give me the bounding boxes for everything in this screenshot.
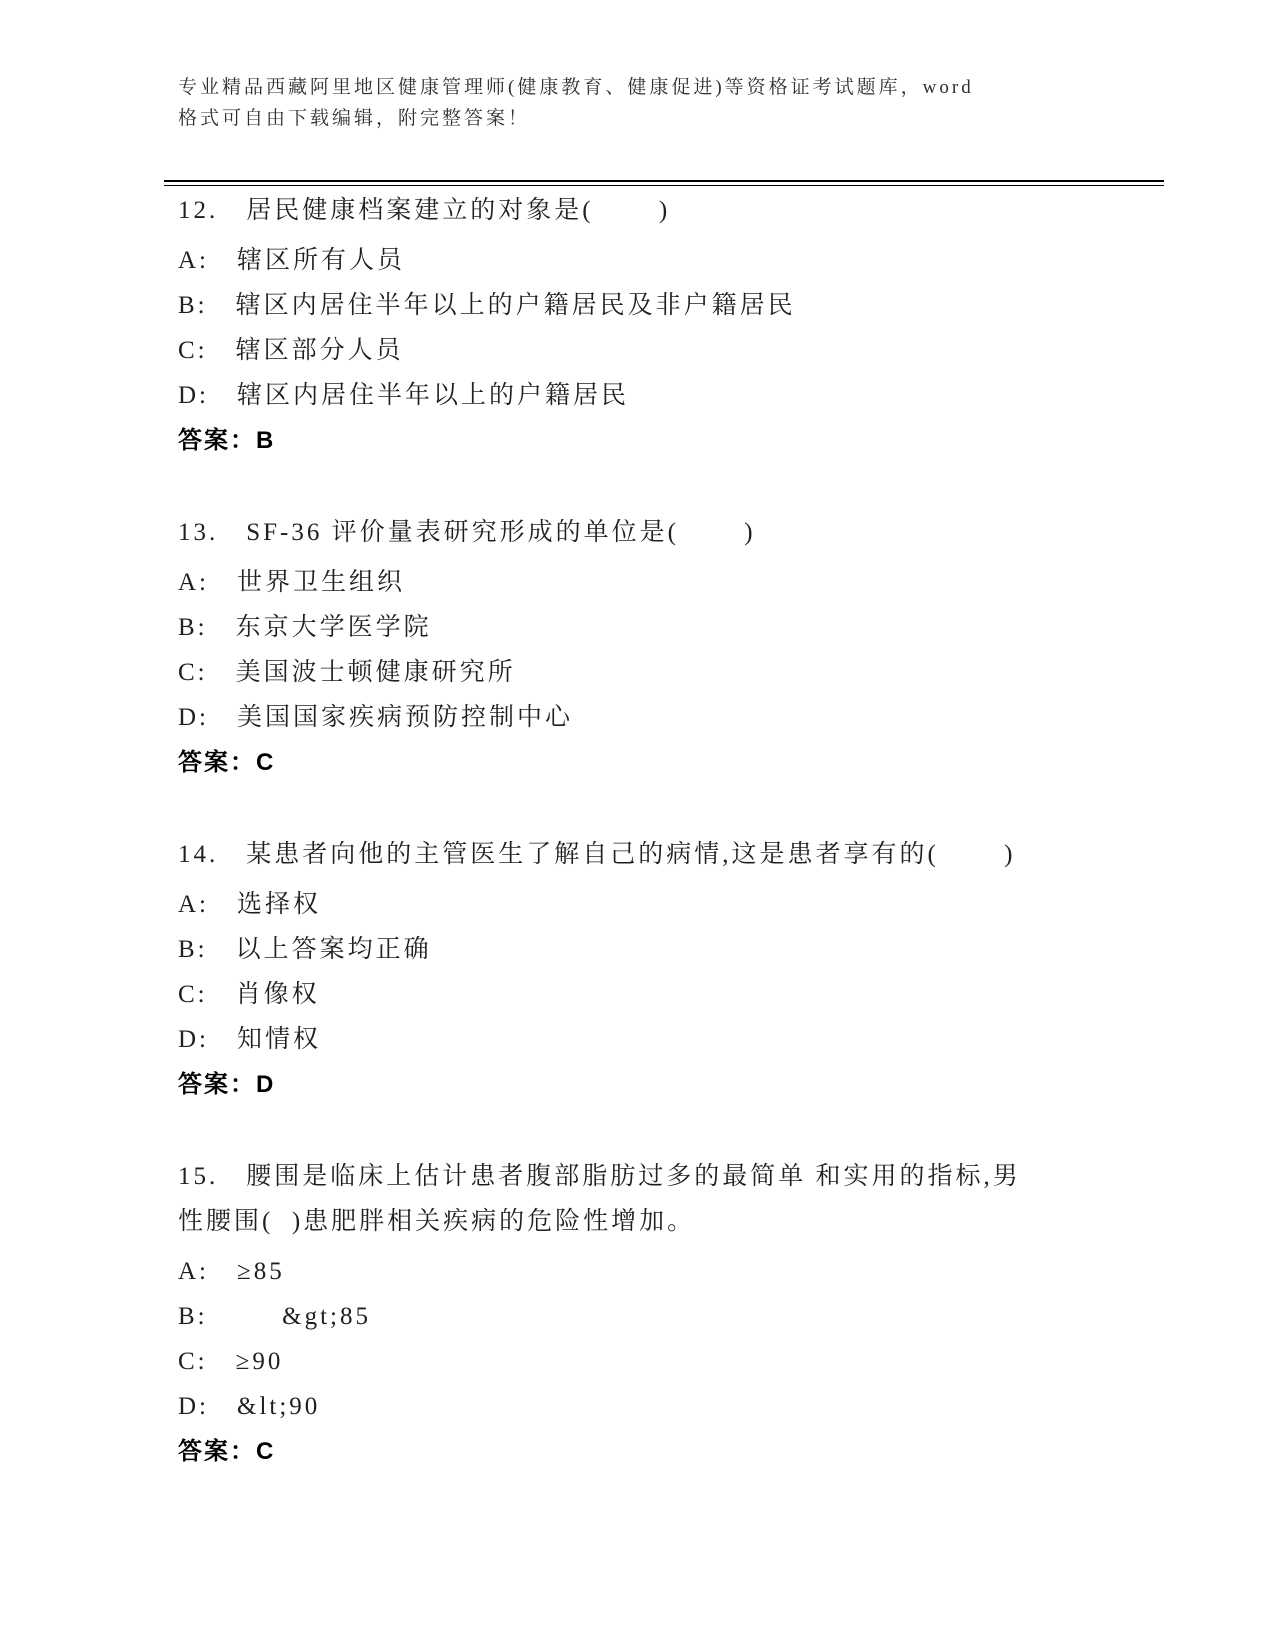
question-15-title: 15. 腰围是临床上估计患者腹部脂肪过多的最简单 和实用的指标,男 性腰围( )…: [178, 1154, 1138, 1244]
header-line-2: 格式可自由下载编辑，附完整答案！: [178, 103, 1118, 134]
question-title-line: 15. 腰围是临床上估计患者腹部脂肪过多的最简单 和实用的指标,男: [178, 1154, 1138, 1199]
question-15-answer: 答案：C: [178, 1429, 1138, 1474]
question-title-line: 12. 居民健康档案建立的对象是( ): [178, 188, 1138, 233]
question-15-option-c: C: ≥90: [178, 1339, 1138, 1384]
question-13: 13. SF-36 评价量表研究形成的单位是( ) A: 世界卫生组织 B: 东…: [178, 510, 1138, 785]
question-13-answer: 答案：C: [178, 740, 1138, 785]
question-13-title: 13. SF-36 评价量表研究形成的单位是( ): [178, 510, 1138, 555]
question-14-title: 14. 某患者向他的主管医生了解自己的病情,这是患者享有的( ): [178, 832, 1138, 877]
question-14-option-c: C: 肖像权: [178, 972, 1138, 1017]
question-12-option-d: D: 辖区内居住半年以上的户籍居民: [178, 373, 1138, 418]
question-12-option-b: B: 辖区内居住半年以上的户籍居民及非户籍居民: [178, 283, 1138, 328]
question-14-option-a: A: 选择权: [178, 882, 1138, 927]
document-page: { "header": { "lines": [ "专业精品西藏阿里地区健康管理…: [0, 0, 1275, 1650]
question-title-line: 14. 某患者向他的主管医生了解自己的病情,这是患者享有的( ): [178, 832, 1138, 877]
question-15-option-b: B: &gt;85: [178, 1294, 1138, 1339]
question-13-option-b: B: 东京大学医学院: [178, 605, 1138, 650]
question-15-option-d: D: &lt;90: [178, 1384, 1138, 1429]
header-line-1: 专业精品西藏阿里地区健康管理师(健康教育、健康促进)等资格证考试题库，word: [178, 72, 1118, 103]
question-13-option-a: A: 世界卫生组织: [178, 560, 1138, 605]
question-13-option-c: C: 美国波士顿健康研究所: [178, 650, 1138, 695]
question-12: 12. 居民健康档案建立的对象是( ) A: 辖区所有人员 B: 辖区内居住半年…: [178, 188, 1138, 463]
question-15: 15. 腰围是临床上估计患者腹部脂肪过多的最简单 和实用的指标,男 性腰围( )…: [178, 1154, 1138, 1474]
question-12-answer: 答案：B: [178, 418, 1138, 463]
question-list: 12. 居民健康档案建立的对象是( ) A: 辖区所有人员 B: 辖区内居住半年…: [178, 188, 1138, 1521]
question-title-line: 性腰围( )患肥胖相关疾病的危险性增加。: [178, 1199, 1138, 1244]
question-13-option-d: D: 美国国家疾病预防控制中心: [178, 695, 1138, 740]
question-title-line: 13. SF-36 评价量表研究形成的单位是( ): [178, 510, 1138, 555]
question-14-answer: 答案：D: [178, 1062, 1138, 1107]
question-14: 14. 某患者向他的主管医生了解自己的病情,这是患者享有的( ) A: 选择权 …: [178, 832, 1138, 1107]
question-14-option-d: D: 知情权: [178, 1017, 1138, 1062]
question-14-option-b: B: 以上答案均正确: [178, 927, 1138, 972]
question-12-title: 12. 居民健康档案建立的对象是( ): [178, 188, 1138, 233]
header-separator-rule: [164, 180, 1164, 186]
question-15-option-a: A: ≥85: [178, 1249, 1138, 1294]
question-12-option-c: C: 辖区部分人员: [178, 328, 1138, 373]
document-header: 专业精品西藏阿里地区健康管理师(健康教育、健康促进)等资格证考试题库，word …: [178, 72, 1118, 134]
question-12-option-a: A: 辖区所有人员: [178, 238, 1138, 283]
